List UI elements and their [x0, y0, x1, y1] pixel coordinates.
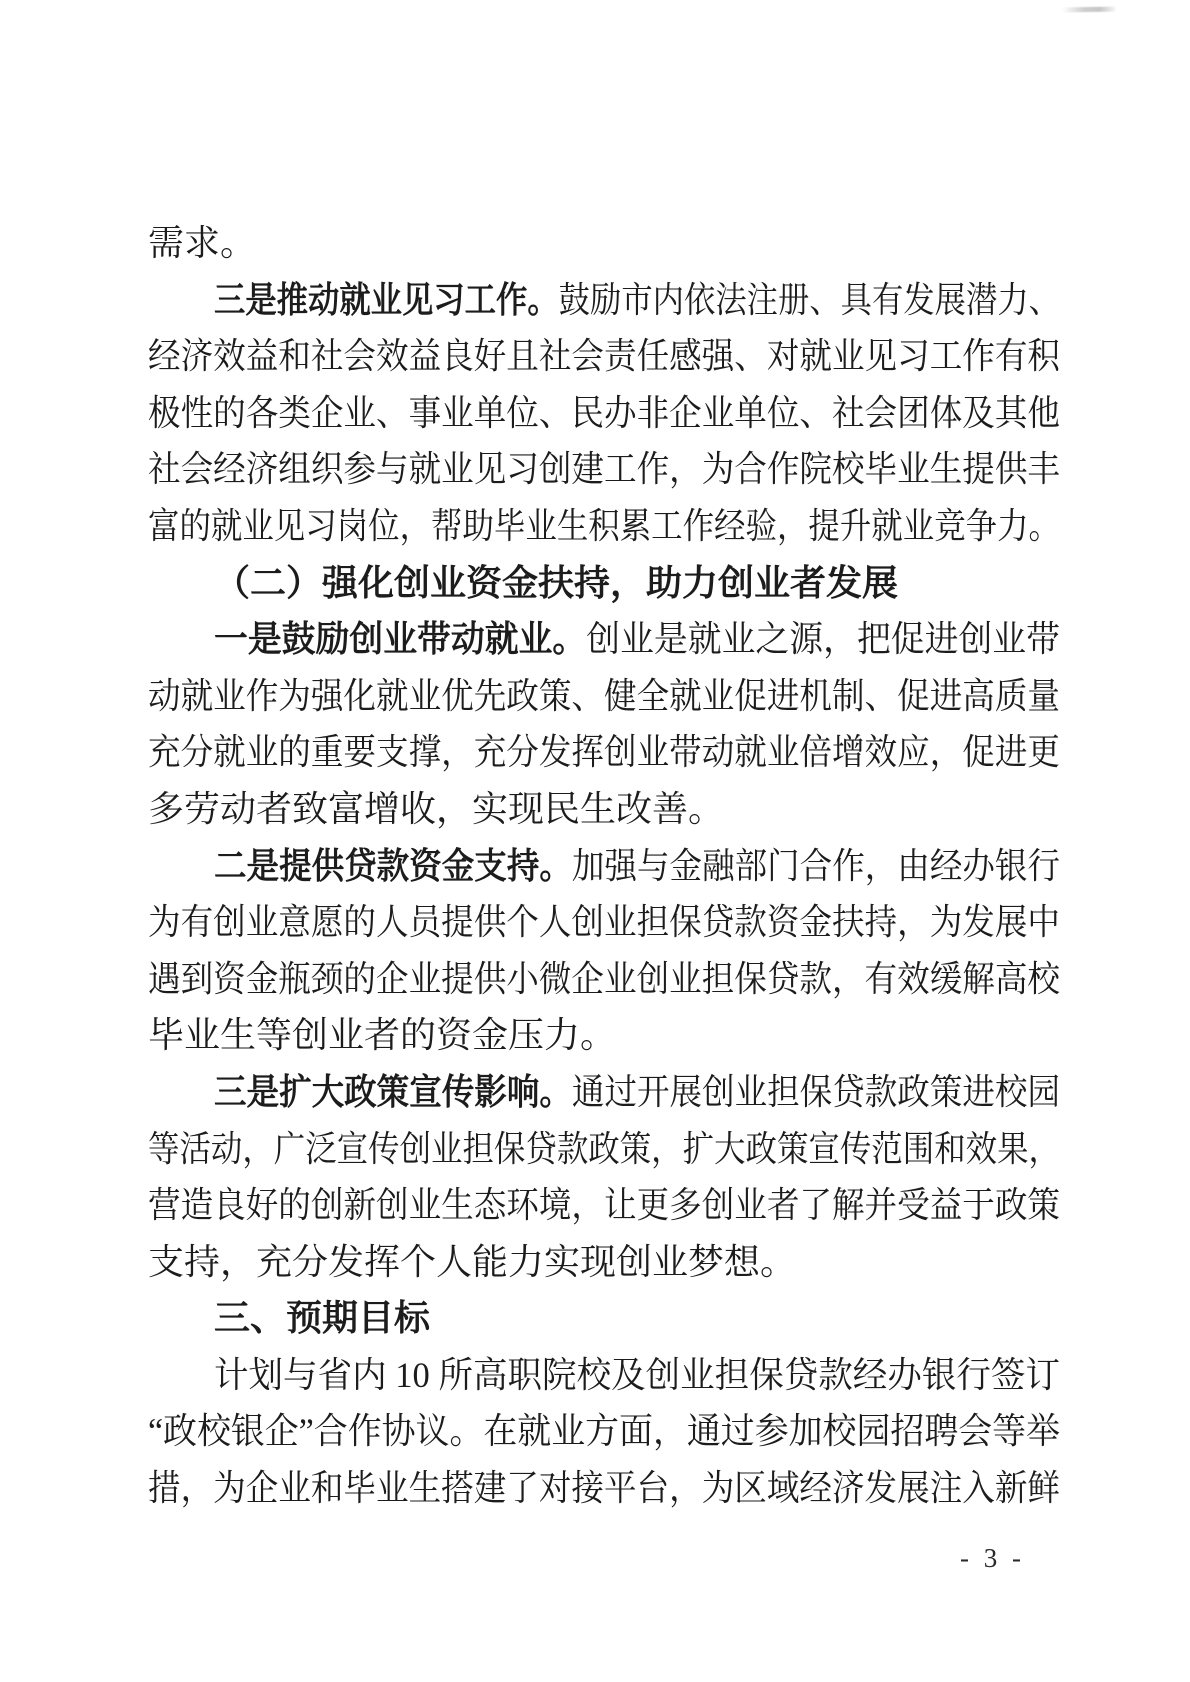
text-line: 经济效益和社会效益良好且社会责任感强、对就业见习工作有积 — [148, 328, 1060, 385]
text-line: 支持，充分发挥个人能力实现创业梦想。 — [148, 1234, 1060, 1291]
text-line: 遇到资金瓶颈的企业提供小微企业创业担保贷款，有效缓解高校 — [148, 951, 1060, 1008]
text-line: 等活动，广泛宣传创业担保贷款政策，扩大政策宣传范围和效果， — [148, 1121, 1060, 1178]
text-line: 三、预期目标 — [148, 1290, 1060, 1347]
text-line: 动就业作为强化就业优先政策、健全就业促进机制、促进高质量 — [148, 668, 1060, 725]
body-text: 社会经济组织参与就业见习创建工作，为合作院校毕业生提供丰 — [148, 449, 1060, 489]
document-page: 需求。三是推动就业见习工作。鼓励市内依法注册、具有发展潜力、经济效益和社会效益良… — [0, 0, 1190, 1682]
bold-lead-text: 二是提供贷款资金支持。 — [214, 846, 572, 886]
text-line: 极性的各类企业、事业单位、民办非企业单位、社会团体及其他 — [148, 385, 1060, 442]
body-text: 鼓励市内依法注册、具有发展潜力、 — [559, 280, 1060, 320]
bold-lead-text: 三是推动就业见习工作。 — [214, 280, 559, 320]
body-text: 加强与金融部门合作，由经办银行 — [572, 846, 1060, 886]
body-text: 极性的各类企业、事业单位、民办非企业单位、社会团体及其他 — [148, 393, 1060, 433]
body-text: 遇到资金瓶颈的企业提供小微企业创业担保贷款，有效缓解高校 — [148, 959, 1060, 999]
body-text: 富的就业见习岗位，帮助毕业生积累工作经验，提升就业竞争力。 — [148, 506, 1060, 546]
text-line: 社会经济组织参与就业见习创建工作，为合作院校毕业生提供丰 — [148, 441, 1060, 498]
text-line: 营造良好的创新创业生态环境，让更多创业者了解并受益于政策 — [148, 1177, 1060, 1234]
scan-artifact — [1062, 7, 1116, 13]
bold-lead-text: 一是鼓励创业带动就业。 — [214, 619, 586, 659]
text-line: 一是鼓励创业带动就业。创业是就业之源，把促进创业带 — [148, 611, 1060, 668]
body-text: 多劳动者致富增收，实现民生改善。 — [148, 789, 724, 829]
text-line: （二）强化创业资金扶持，助力创业者发展 — [148, 555, 1060, 612]
body-text: 毕业生等创业者的资金压力。 — [148, 1015, 616, 1055]
text-line: 需求。 — [148, 215, 1060, 272]
body-text: 通过开展创业担保贷款政策进校园 — [572, 1072, 1060, 1112]
text-line: 三是推动就业见习工作。鼓励市内依法注册、具有发展潜力、 — [148, 272, 1060, 329]
text-line: 毕业生等创业者的资金压力。 — [148, 1007, 1060, 1064]
body-text: 经济效益和社会效益良好且社会责任感强、对就业见习工作有积 — [148, 336, 1060, 376]
text-line: 多劳动者致富增收，实现民生改善。 — [148, 781, 1060, 838]
bold-lead-text: 三是扩大政策宣传影响。 — [214, 1072, 572, 1112]
body-text: 营造良好的创新创业生态环境，让更多创业者了解并受益于政策 — [148, 1185, 1060, 1225]
text-line: “政校银企”合作协议。在就业方面，通过参加校园招聘会等举 — [148, 1403, 1060, 1460]
text-line: 计划与省内 10 所高职院校及创业担保贷款经办银行签订 — [148, 1347, 1060, 1404]
body-text: 为有创业意愿的人员提供个人创业担保贷款资金扶持，为发展中 — [148, 902, 1060, 942]
body-text: 计划与省内 10 所高职院校及创业担保贷款经办银行签订 — [214, 1355, 1060, 1395]
text-line: 为有创业意愿的人员提供个人创业担保贷款资金扶持，为发展中 — [148, 894, 1060, 951]
body-text: “政校银企”合作协议。在就业方面，通过参加校园招聘会等举 — [148, 1411, 1060, 1451]
bold-lead-text: 三、预期目标 — [214, 1298, 430, 1338]
body-text: 创业是就业之源，把促进创业带 — [586, 619, 1060, 659]
text-line: 三是扩大政策宣传影响。通过开展创业担保贷款政策进校园 — [148, 1064, 1060, 1121]
bold-lead-text: （二）强化创业资金扶持，助力创业者发展 — [214, 563, 898, 603]
body-text: 措，为企业和毕业生搭建了对接平台，为区域经济发展注入新鲜 — [148, 1468, 1060, 1508]
body-text: 充分就业的重要支撑，充分发挥创业带动就业倍增效应，促进更 — [148, 732, 1060, 772]
body-text: 支持，充分发挥个人能力实现创业梦想。 — [148, 1242, 796, 1282]
text-line: 二是提供贷款资金支持。加强与金融部门合作，由经办银行 — [148, 838, 1060, 895]
text-line: 措，为企业和毕业生搭建了对接平台，为区域经济发展注入新鲜 — [148, 1460, 1060, 1517]
body-text: 等活动，广泛宣传创业担保贷款政策，扩大政策宣传范围和效果， — [148, 1129, 1060, 1169]
text-line: 富的就业见习岗位，帮助毕业生积累工作经验，提升就业竞争力。 — [148, 498, 1060, 555]
text-line: 充分就业的重要支撑，充分发挥创业带动就业倍增效应，促进更 — [148, 724, 1060, 781]
body-text: 动就业作为强化就业优先政策、健全就业促进机制、促进高质量 — [148, 676, 1060, 716]
body-text: 需求。 — [148, 223, 256, 263]
page-number: - 3 - — [960, 1543, 1025, 1574]
document-body: 需求。三是推动就业见习工作。鼓励市内依法注册、具有发展潜力、经济效益和社会效益良… — [148, 215, 1060, 1517]
